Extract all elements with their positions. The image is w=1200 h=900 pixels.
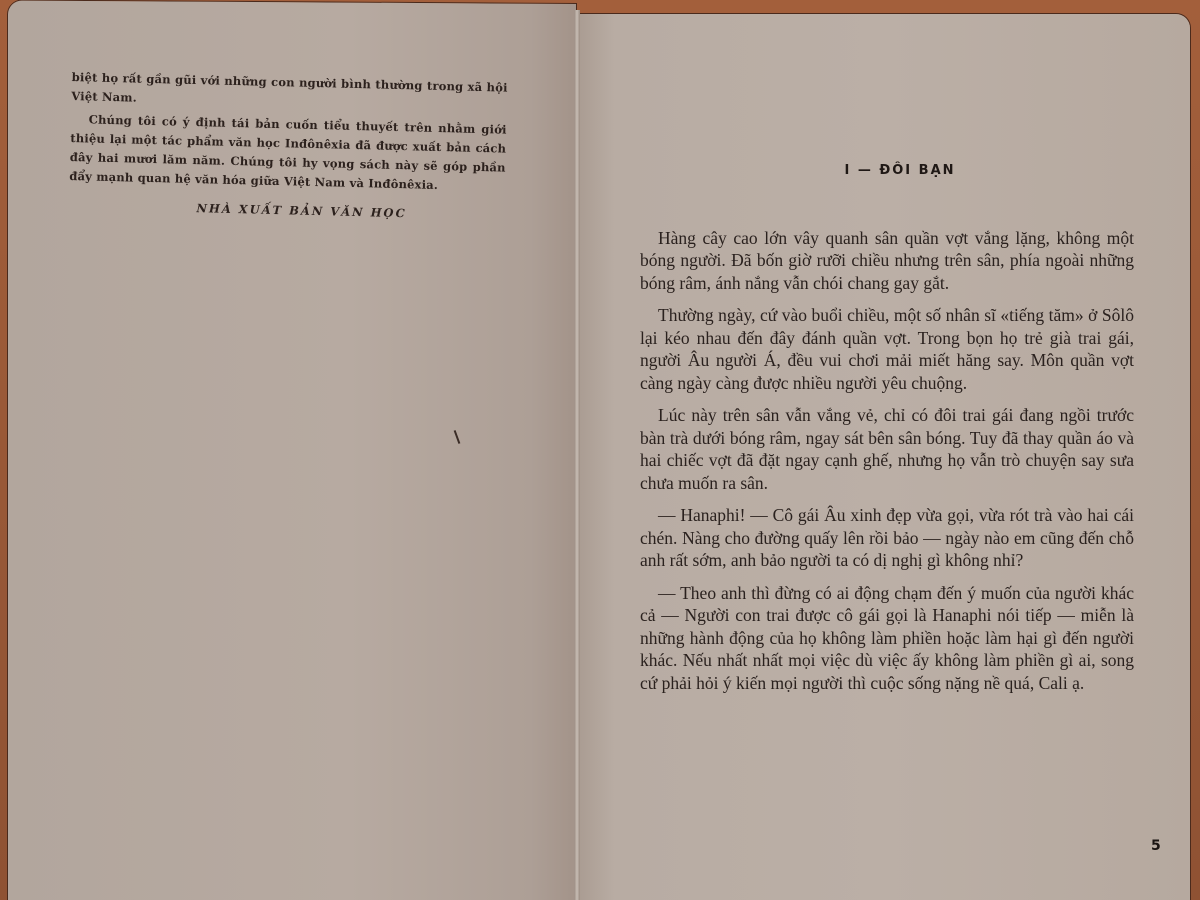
- right-page-text: I — ĐÔI BẠN Hàng cây cao lớn vây quanh s…: [640, 160, 1134, 704]
- body-paragraph: — Theo anh thì đừng có ai động chạm đến …: [640, 582, 1134, 695]
- body-paragraph: — Hanaphi! — Cô gái Âu xinh đẹp vừa gọi,…: [640, 504, 1134, 572]
- left-page-text: biệt họ rất gần gũi với những con người …: [68, 68, 508, 230]
- page-number: 5: [1151, 838, 1161, 854]
- body-paragraph: Thường ngày, cứ vào buổi chiều, một số n…: [640, 304, 1134, 394]
- body-paragraph: Lúc này trên sân vẫn vắng vẻ, chỉ có đôi…: [640, 404, 1134, 494]
- left-paragraph: Chúng tôi có ý định tái bản cuốn tiểu th…: [69, 110, 507, 197]
- book-spine-gutter: [574, 10, 580, 900]
- body-paragraph: Hàng cây cao lớn vây quanh sân quần vợt …: [640, 227, 1134, 295]
- chapter-title: I — ĐÔI BẠN: [666, 160, 1134, 183]
